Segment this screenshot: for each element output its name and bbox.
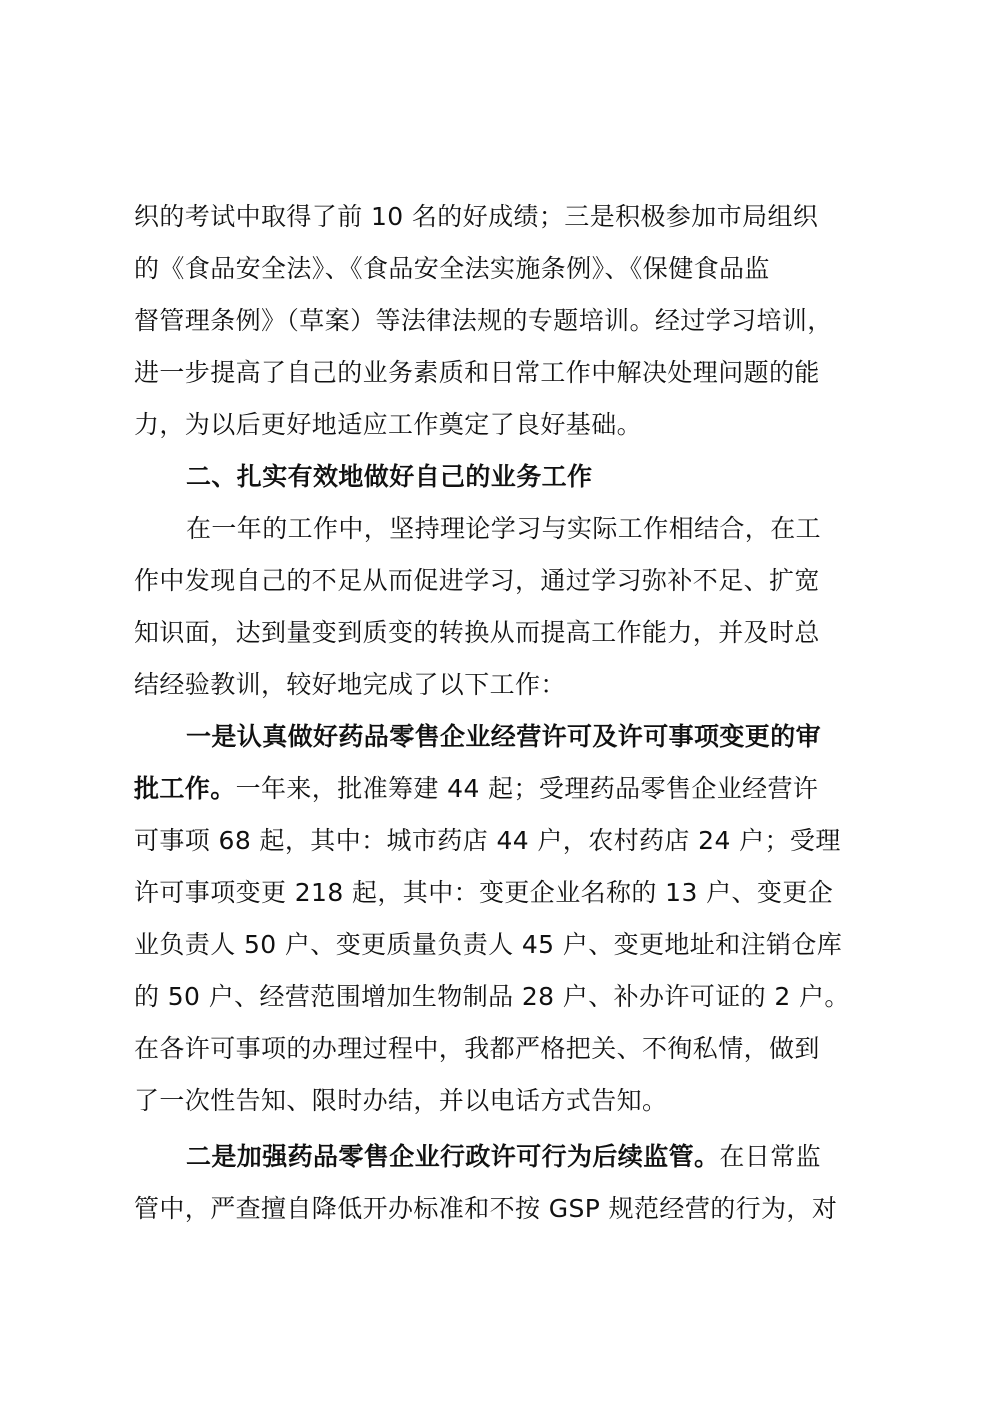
body-text-line: 二是加强药品零售企业行政许可行为后续监管。在日常监: [186, 1140, 946, 1174]
item-heading: 二是加强药品零售企业行政许可行为后续监管。: [186, 1142, 719, 1171]
body-text-line: 的《食品安全法》、《食品安全法实施条例》、《保健食品监: [134, 252, 894, 286]
body-text-line: 力，为以后更好地适应工作奠定了良好基础。: [134, 408, 894, 442]
body-text-line: 织的考试中取得了前 10 名的好成绩；三是积极参加市局组织: [134, 200, 894, 234]
body-text-line: 了一次性告知、限时办结，并以电话方式告知。: [134, 1084, 894, 1118]
body-text-line: 在一年的工作中，坚持理论学习与实际工作相结合，在工: [186, 512, 946, 546]
item-heading-tail: 批工作。: [134, 774, 236, 803]
body-text-line: 业负责人 50 户、变更质量负责人 45 户、变更地址和注销仓库: [134, 928, 894, 962]
body-text-line: 作中发现自己的不足从而促进学习，通过学习弥补不足、扩宽: [134, 564, 894, 598]
document-page: 织的考试中取得了前 10 名的好成绩；三是积极参加市局组织 的《食品安全法》、《…: [0, 0, 1000, 1415]
body-text: 在日常监: [719, 1142, 821, 1171]
body-text-line: 知识面，达到量变到质变的转换从而提高工作能力，并及时总: [134, 616, 894, 650]
item-heading-line: 一是认真做好药品零售企业经营许可及许可事项变更的审: [186, 720, 946, 754]
body-text-line: 批工作。一年来，批准筹建 44 起；受理药品零售企业经营许: [134, 772, 894, 806]
body-text-line: 在各许可事项的办理过程中，我都严格把关、不徇私情，做到: [134, 1032, 894, 1066]
section-heading: 二、扎实有效地做好自己的业务工作: [186, 460, 946, 494]
body-text: 一年来，批准筹建 44 起；受理药品零售企业经营许: [236, 774, 819, 803]
body-text-line: 进一步提高了自己的业务素质和日常工作中解决处理问题的能: [134, 356, 894, 390]
body-text-line: 许可事项变更 218 起，其中：变更企业名称的 13 户、变更企: [134, 876, 894, 910]
body-text-line: 的 50 户、经营范围增加生物制品 28 户、补办许可证的 2 户。: [134, 980, 894, 1014]
body-text-line: 结经验教训，较好地完成了以下工作：: [134, 668, 894, 702]
body-text-line: 督管理条例》（草案）等法律法规的专题培训。经过学习培训，: [134, 304, 894, 338]
body-text-line: 管中，严查擅自降低开办标准和不按 GSP 规范经营的行为，对: [134, 1192, 894, 1226]
body-text-line: 可事项 68 起，其中：城市药店 44 户，农村药店 24 户；受理: [134, 824, 894, 858]
